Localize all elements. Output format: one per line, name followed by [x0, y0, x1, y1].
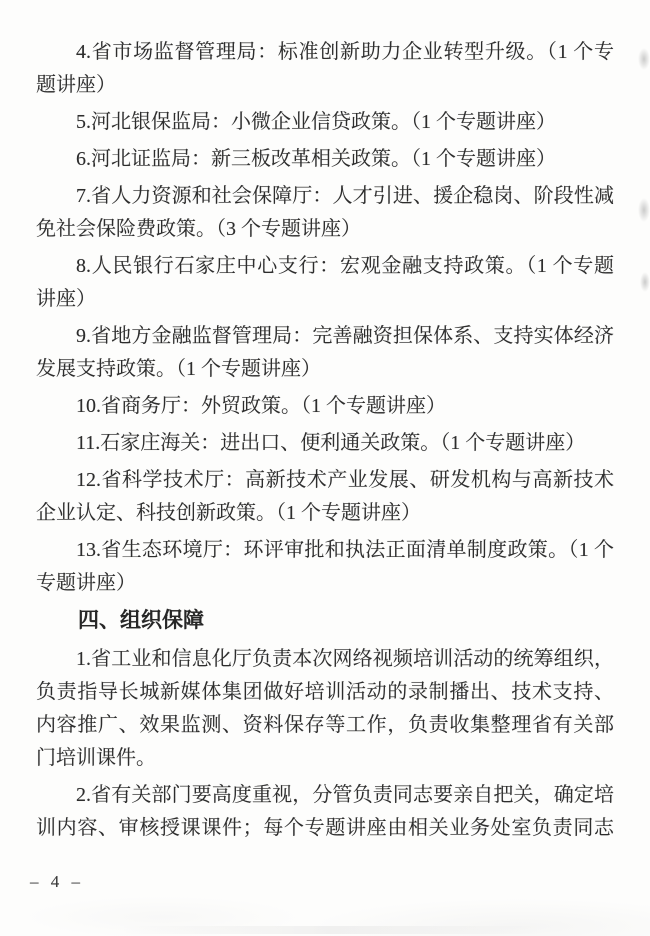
document-body: 4.省市场监督管理局：标准创新助力企业转型升级。（1 个专题讲座）5.河北银保监… — [36, 36, 614, 849]
paragraph: 8.人民银行石家庄中心支行：宏观金融支持政策。（1 个专题讲座） — [36, 250, 614, 316]
text-line: 7.省人力资源和社会保障厅：人才引进、援企稳岗、阶段性减 — [36, 180, 614, 213]
paragraph: 11.石家庄海关：进出口、便利通关政策。（1 个专题讲座） — [36, 427, 614, 460]
text-line: 专题讲座） — [36, 567, 614, 600]
text-line: 12.省科学技术厅：高新技术产业发展、研发机构与高新技术 — [36, 464, 614, 497]
text-line: 内容推广、效果监测、资料保存等工作，负责收集整理省有关部 — [36, 709, 614, 742]
paragraph: 9.省地方金融监督管理局：完善融资担保体系、支持实体经济发展支持政策。（1 个专… — [36, 320, 614, 386]
scan-artifact — [640, 272, 650, 292]
text-line: 8.人民银行石家庄中心支行：宏观金融支持政策。（1 个专题 — [36, 250, 614, 283]
paragraph: 12.省科学技术厅：高新技术产业发展、研发机构与高新技术企业认定、科技创新政策。… — [36, 464, 614, 530]
paragraph: 6.河北证监局：新三板改革相关政策。（1 个专题讲座） — [36, 143, 614, 176]
text-line: 免社会保险费政策。（3 个专题讲座） — [36, 213, 614, 246]
text-line: 2.省有关部门要高度重视，分管负责同志要亲自把关，确定培 — [36, 779, 614, 812]
paragraph: 4.省市场监督管理局：标准创新助力企业转型升级。（1 个专题讲座） — [36, 36, 614, 102]
scan-artifact — [638, 198, 650, 222]
document-page: 4.省市场监督管理局：标准创新助力企业转型升级。（1 个专题讲座）5.河北银保监… — [0, 0, 650, 936]
text-line: 10.省商务厅：外贸政策。（1 个专题讲座） — [36, 390, 614, 423]
text-line: 1.省工业和信息化厅负责本次网络视频培训活动的统筹组织， — [36, 643, 614, 676]
paragraph: 13.省生态环境厅：环评审批和执法正面清单制度政策。（1 个专题讲座） — [36, 534, 614, 600]
text-line: 6.河北证监局：新三板改革相关政策。（1 个专题讲座） — [36, 143, 614, 176]
section-heading: 四、组织保障 — [36, 604, 614, 637]
text-line: 9.省地方金融监督管理局：完善融资担保体系、支持实体经济 — [36, 320, 614, 353]
text-line: 13.省生态环境厅：环评审批和执法正面清单制度政策。（1 个 — [36, 534, 614, 567]
text-line: 讲座） — [36, 283, 614, 316]
text-line: 负责指导长城新媒体集团做好培训活动的录制播出、技术支持、 — [36, 676, 614, 709]
text-line: 题讲座） — [36, 69, 614, 102]
text-line: 企业认定、科技创新政策。（1 个专题讲座） — [36, 497, 614, 530]
text-line: 发展支持政策。（1 个专题讲座） — [36, 353, 614, 386]
paragraph: 5.河北银保监局：小微企业信贷政策。（1 个专题讲座） — [36, 106, 614, 139]
text-line: 门培训课件。 — [36, 742, 614, 775]
paragraph: 2.省有关部门要高度重视，分管负责同志要亲自把关，确定培训内容、审核授课课件；每… — [36, 779, 614, 845]
text-line: 4.省市场监督管理局：标准创新助力企业转型升级。（1 个专 — [36, 36, 614, 69]
text-line: 11.石家庄海关：进出口、便利通关政策。（1 个专题讲座） — [36, 427, 614, 460]
scan-artifact — [120, 926, 540, 934]
paragraph: 1.省工业和信息化厅负责本次网络视频培训活动的统筹组织，负责指导长城新媒体集团做… — [36, 643, 614, 775]
paragraph: 7.省人力资源和社会保障厅：人才引进、援企稳岗、阶段性减免社会保险费政策。（3 … — [36, 180, 614, 246]
paragraph: 10.省商务厅：外贸政策。（1 个专题讲座） — [36, 390, 614, 423]
text-line: 5.河北银保监局：小微企业信贷政策。（1 个专题讲座） — [36, 106, 614, 139]
text-line: 训内容、审核授课课件；每个专题讲座由相关业务处室负责同志 — [36, 812, 614, 845]
text-line: 四、组织保障 — [36, 604, 614, 637]
scan-artifact — [638, 48, 650, 70]
page-number: – 4 – — [30, 872, 84, 892]
